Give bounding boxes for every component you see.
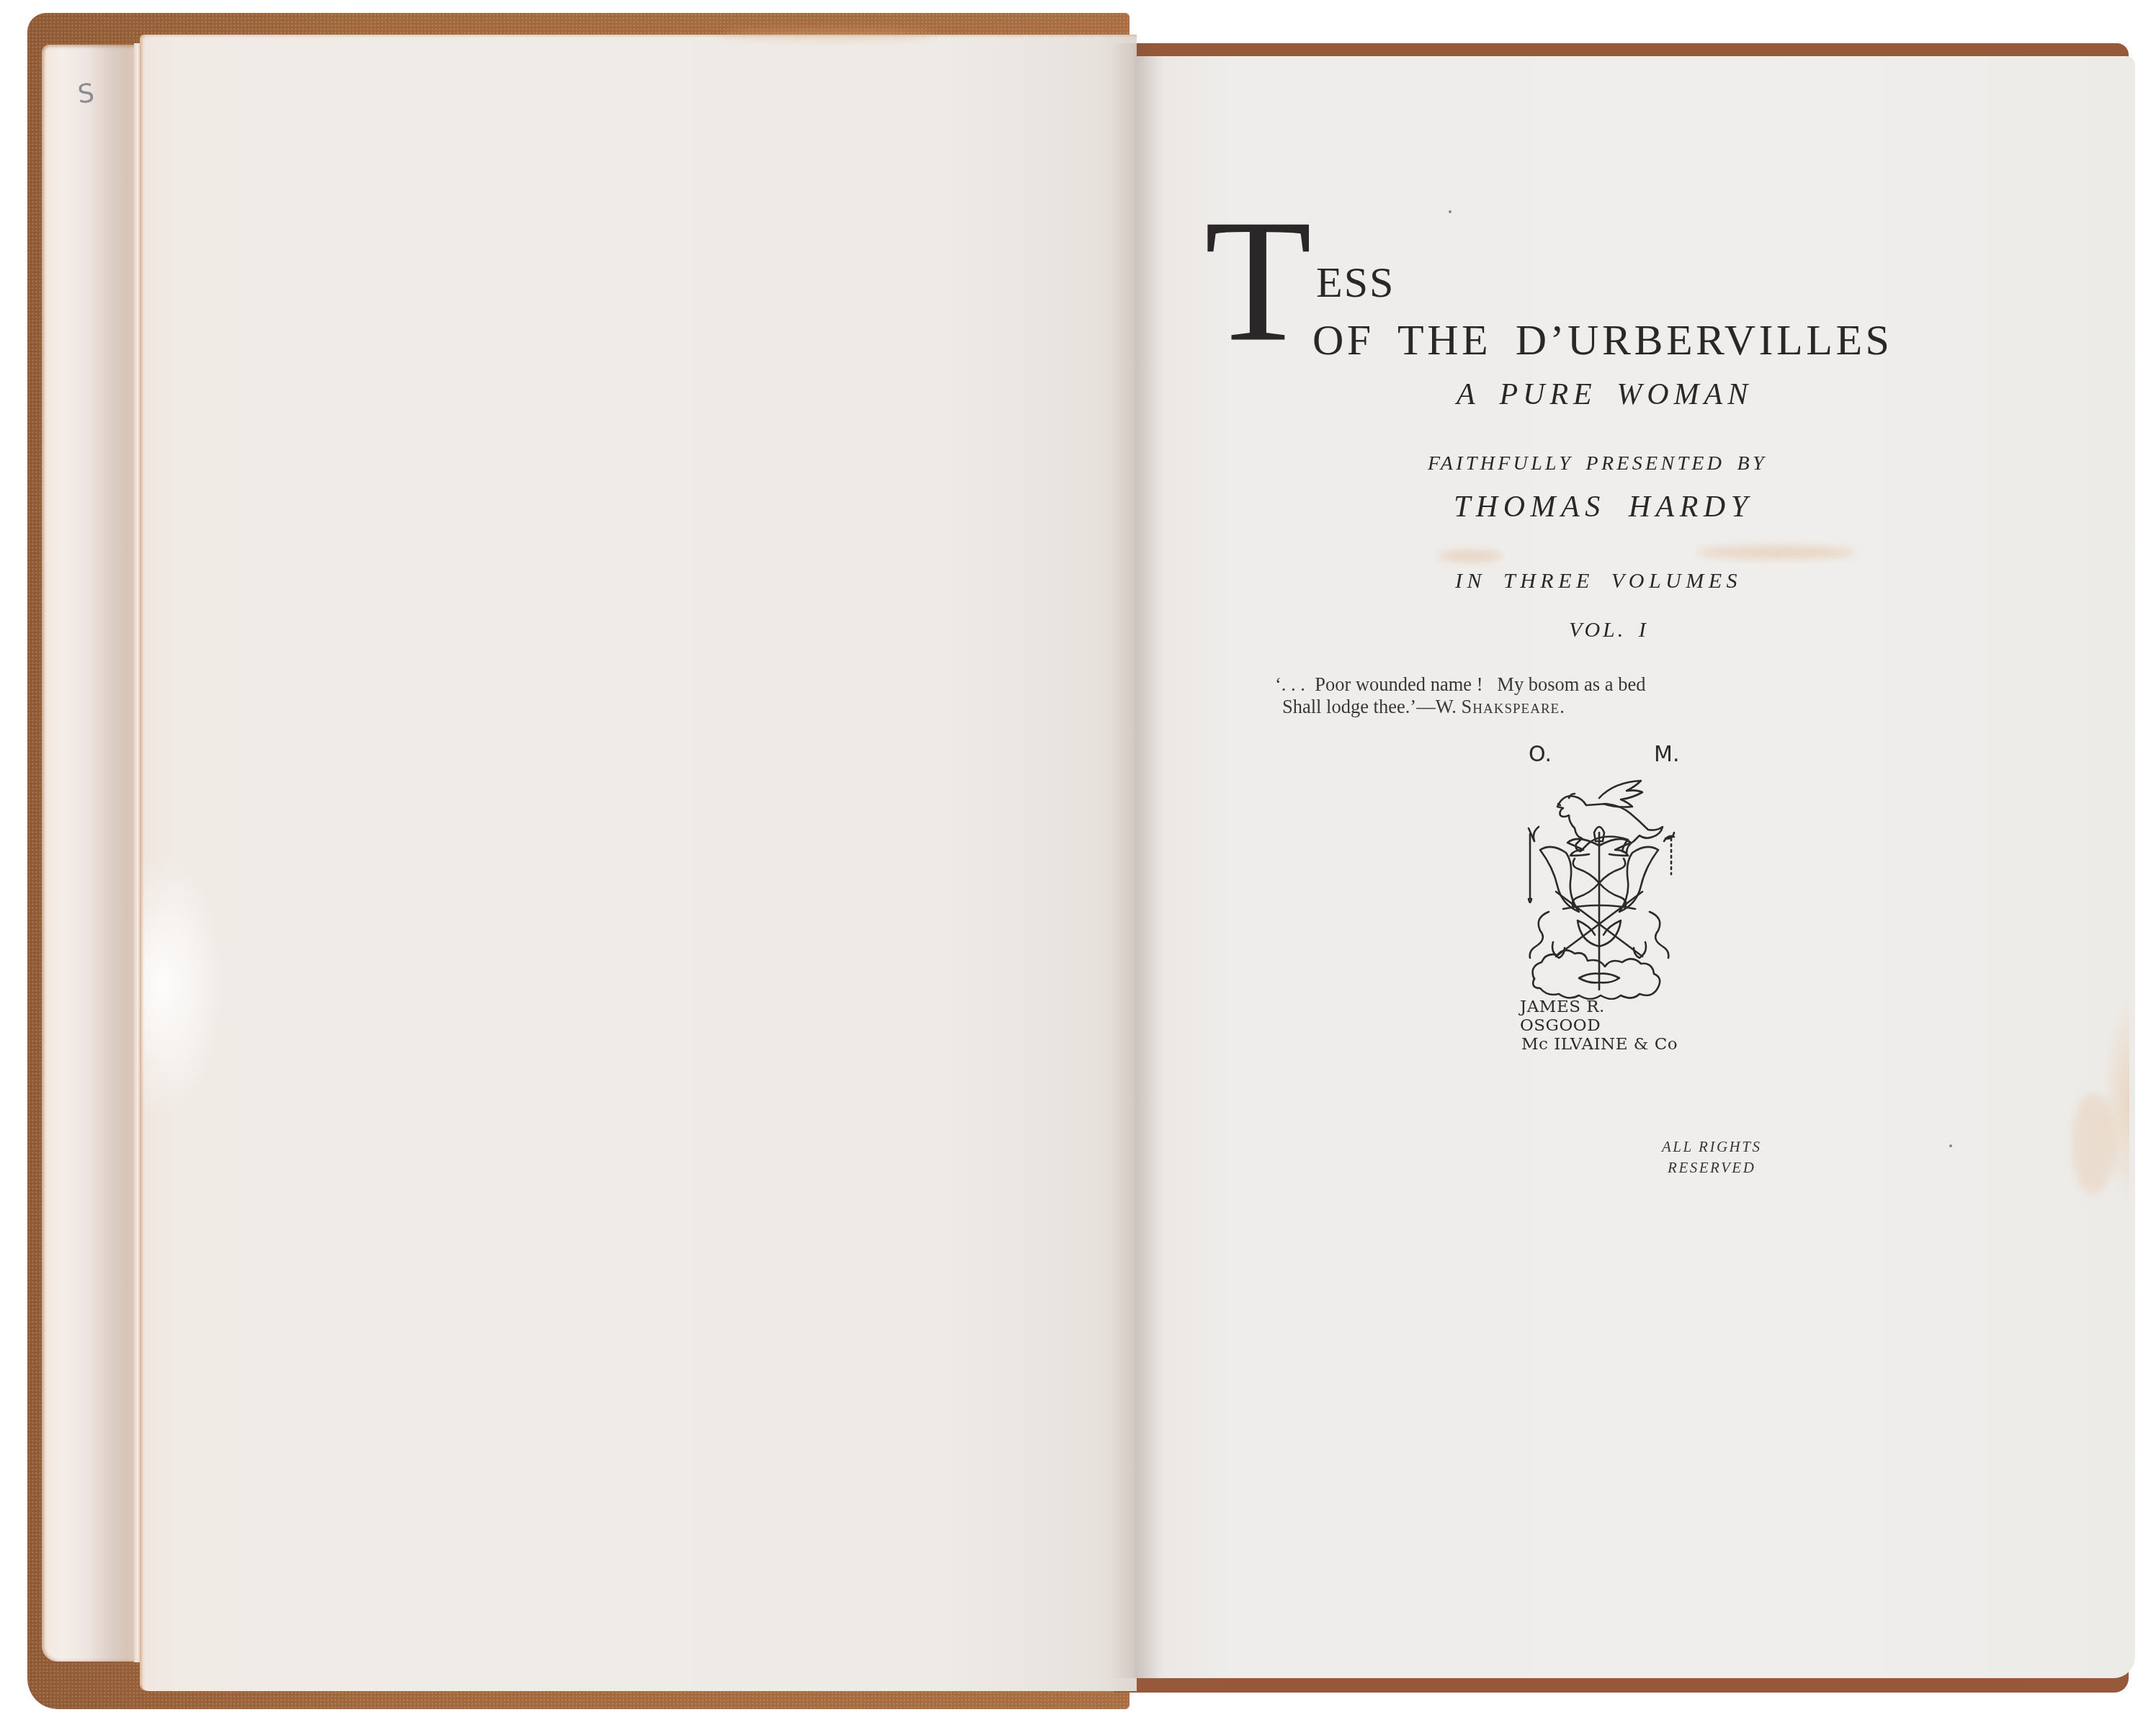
initial-o: O. xyxy=(1529,742,1552,767)
epigraph-text: Shall lodge thee.’—W. xyxy=(1282,696,1462,717)
paper-speck xyxy=(1949,1144,1952,1147)
initial-m: M. xyxy=(1654,742,1679,767)
volume-number: VOL. I xyxy=(1569,619,1649,641)
endpaper-hinge xyxy=(134,43,141,1662)
epigraph: ‘. . . Poor wounded name ! My bosom as a… xyxy=(1275,673,1645,718)
paper-speck xyxy=(1449,210,1452,213)
publisher-device: O. M. xyxy=(1513,742,1686,1059)
rights-notice: ALL RIGHTS RESERVED xyxy=(1662,1137,1761,1178)
epigraph-line-1: ‘. . . Poor wounded name ! My bosom as a… xyxy=(1275,673,1645,696)
rights-line-2: RESERVED xyxy=(1662,1157,1761,1178)
title-line-1: ESS xyxy=(1316,261,1395,304)
foxing-stain xyxy=(1697,546,1856,559)
imprint-line-2: Mc ILVAINE & Co xyxy=(1520,1035,1686,1054)
epigraph-attribution: Shakspeare. xyxy=(1462,696,1565,717)
endpaper xyxy=(42,45,143,1662)
volumes-line: IN THREE VOLUMES xyxy=(1455,570,1742,592)
gutter-fold xyxy=(1109,43,1160,1678)
imprint-line-1: JAMES R. OSGOOD xyxy=(1520,998,1686,1035)
foxing-stain xyxy=(1438,550,1503,562)
left-page-blank-flyleaf xyxy=(141,35,1137,1691)
pencil-mark: S xyxy=(76,79,96,109)
author-name: THOMAS HARDY xyxy=(1454,492,1753,522)
publisher-imprint: JAMES R. OSGOOD Mc ILVAINE & Co xyxy=(1520,998,1686,1054)
title-drop-cap: T xyxy=(1204,193,1312,369)
rights-line-1: ALL RIGHTS xyxy=(1662,1137,1761,1157)
subtitle: A PURE WOMAN xyxy=(1457,380,1753,410)
pegasus-caduceus-emblem-icon xyxy=(1513,769,1686,1000)
foxing-stain xyxy=(720,29,936,39)
title-line-2: OF THE D’URBERVILLES xyxy=(1312,318,1892,362)
presented-by-line: FAITHFULLY PRESENTED BY xyxy=(1428,454,1767,474)
epigraph-line-2: Shall lodge thee.’—W. Shakspeare. xyxy=(1275,696,1645,718)
foxing-stain xyxy=(2072,1093,2115,1194)
